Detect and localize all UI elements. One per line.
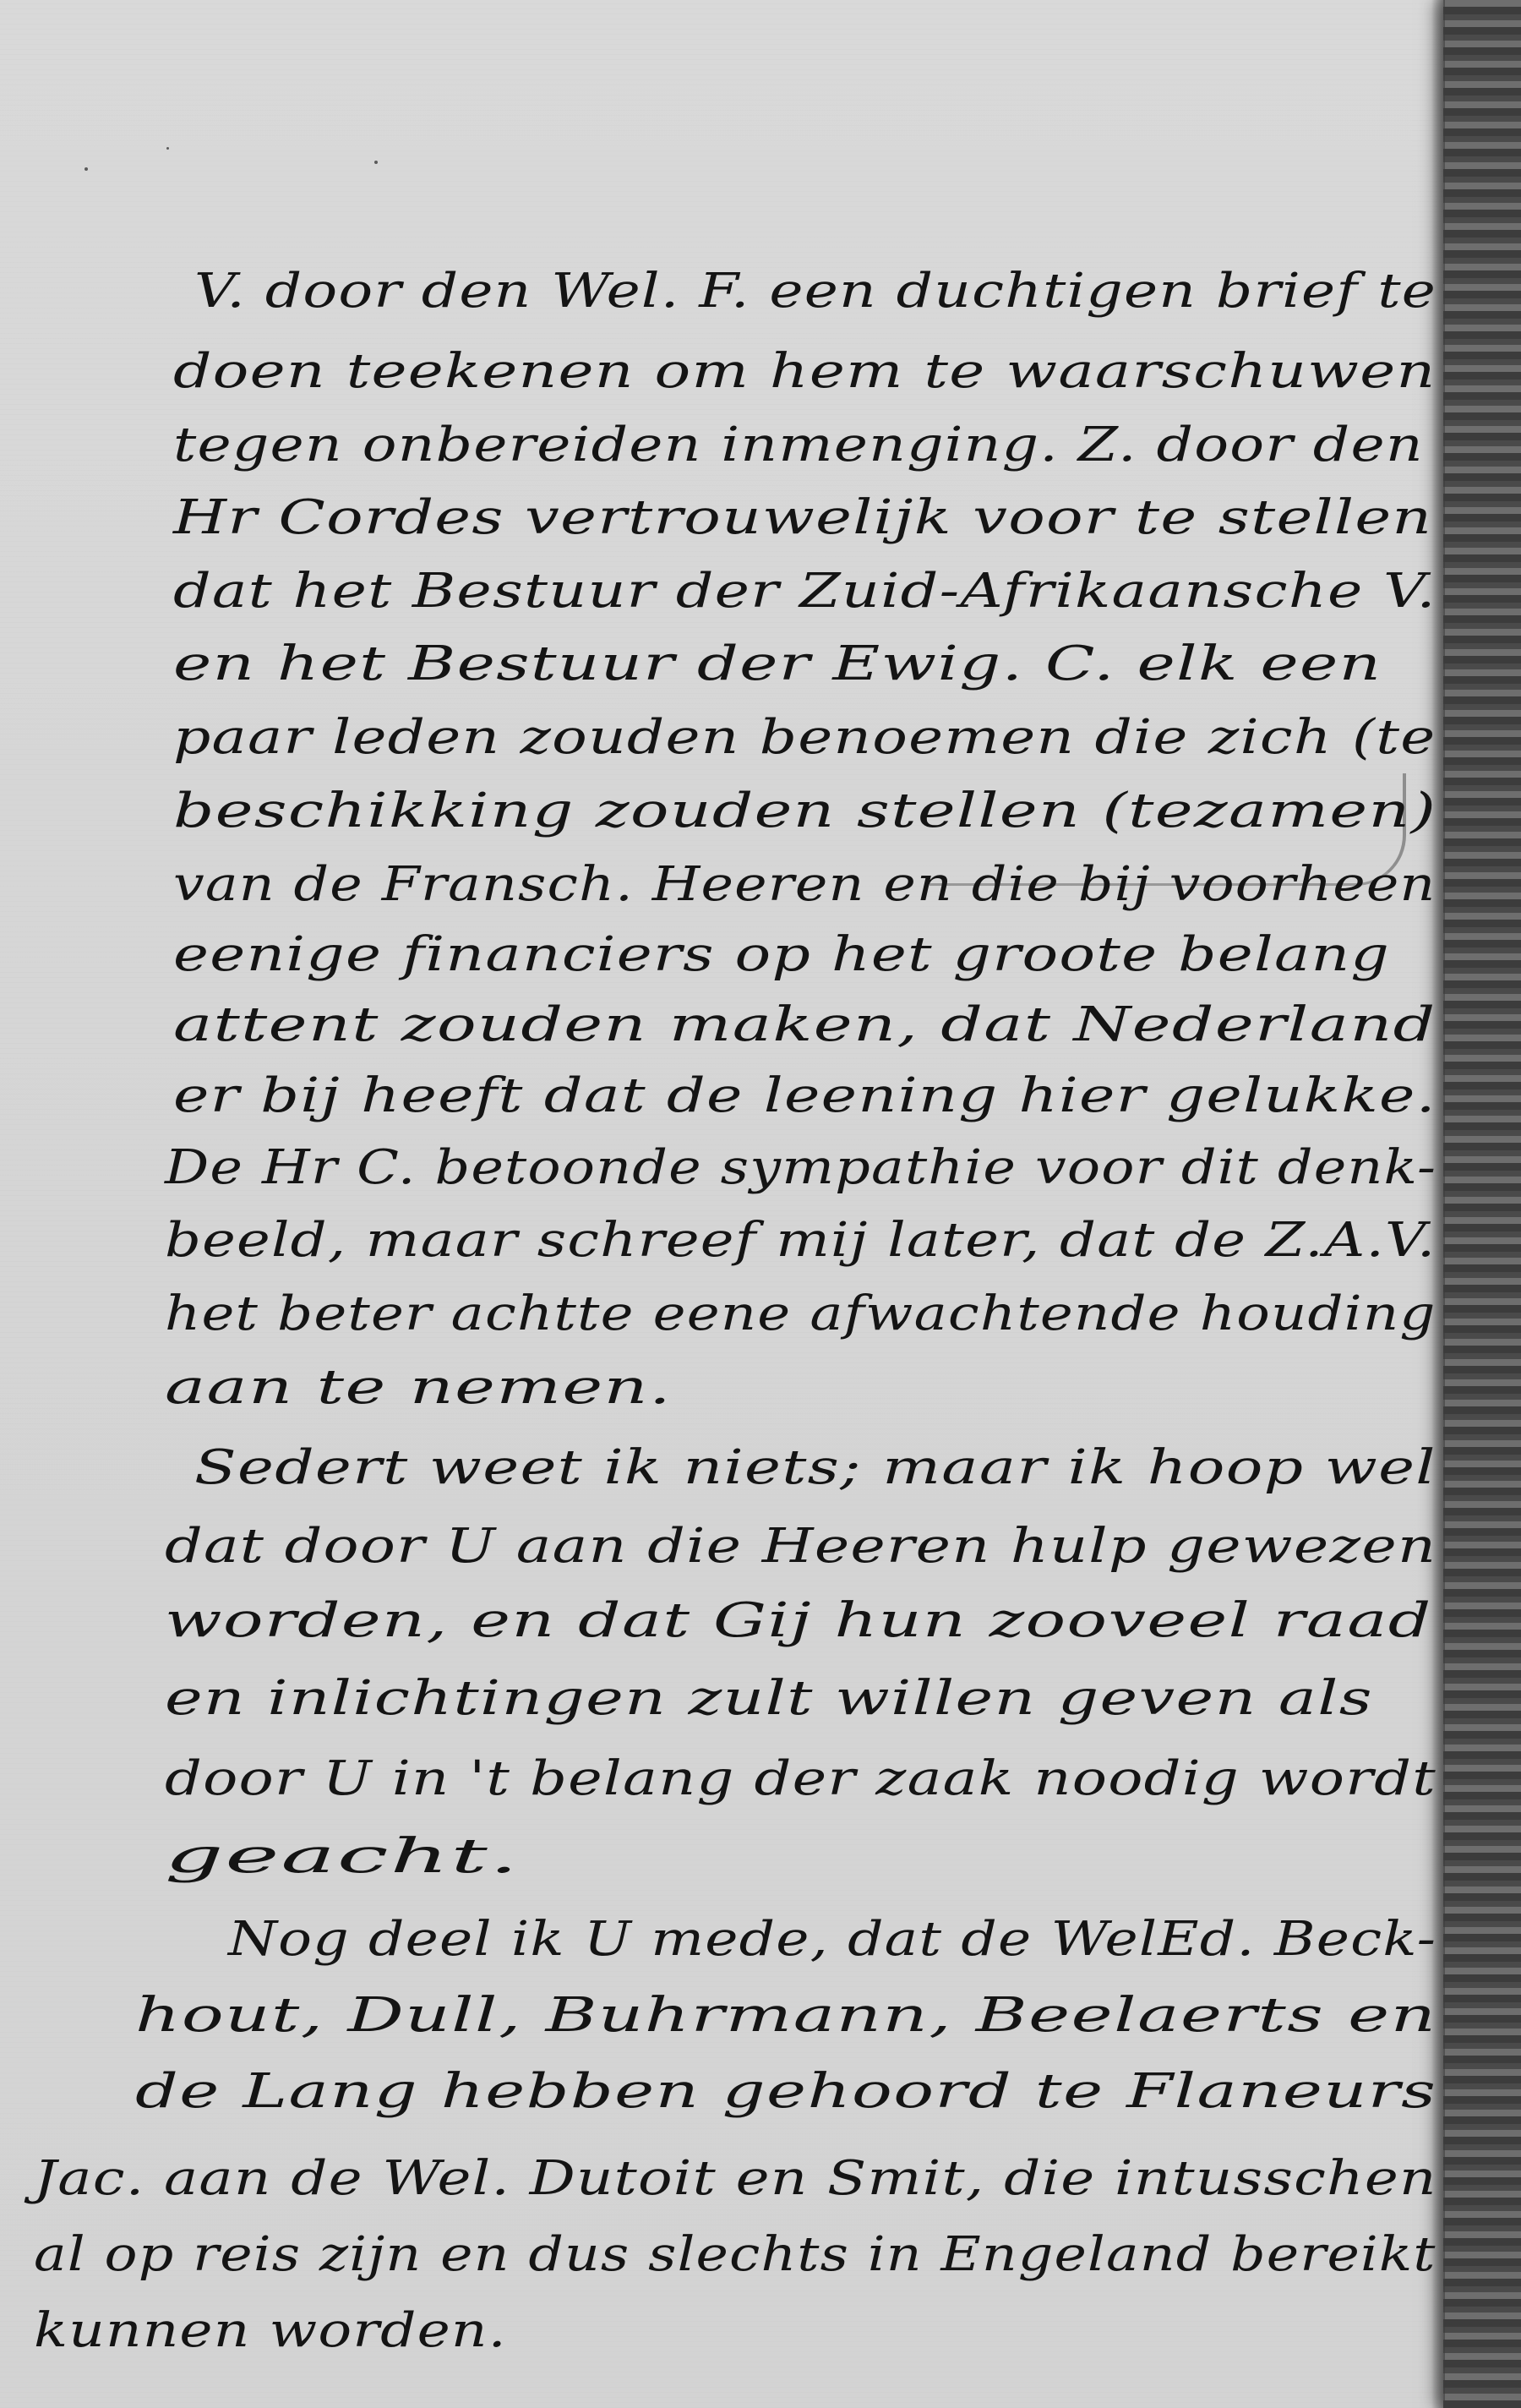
- handwritten-line: en inlichtingen zult willen geven als: [165, 1675, 1373, 1723]
- handwritten-line: dat het Bestuur der Zuid-Afrikaansche V.: [173, 568, 1436, 615]
- handwritten-line: Jac. aan de Wel. Dutoit en Smit, die int…: [34, 2155, 1437, 2203]
- handwritten-line: al op reis zijn en dus slechts in Engela…: [34, 2231, 1436, 2279]
- handwritten-line: beschikking zouden stellen (tezamen): [173, 788, 1436, 835]
- handwritten-line: dat door U aan die Heeren hulp gewezen: [165, 1523, 1436, 1570]
- handwritten-line: attent zouden maken, dat Nederland: [173, 1002, 1436, 1049]
- handwritten-line: doen teekenen om hem te waarschuwen: [173, 348, 1436, 396]
- handwritten-line: V. door den Wel. F. een duchtigen brief …: [194, 268, 1436, 315]
- handwritten-line: eenige financiers op het groote belang: [173, 931, 1390, 979]
- handwritten-line: Hr Cordes vertrouwelijk voor te stellen: [173, 494, 1432, 542]
- handwritten-line: geacht.: [165, 1833, 520, 1881]
- scanned-letter-page: V. door den Wel. F. een duchtigen brief …: [0, 0, 1447, 2408]
- handwritten-line: door U in 't belang der zaak noodig word…: [165, 1755, 1436, 1803]
- handwritten-line: kunnen worden.: [34, 2307, 507, 2355]
- handwritten-line: Sedert weet ik niets; maar ik hoop wel: [194, 1444, 1436, 1492]
- handwritten-line: De Hr C. betoonde sympathie voor dit den…: [165, 1144, 1436, 1192]
- handwritten-line: hout, Dull, Buhrmann, Beelaerts en: [135, 1992, 1436, 2039]
- handwritten-line: de Lang hebben gehoord te Flaneurs: [135, 2068, 1436, 2116]
- handwritten-line: beeld, maar schreef mij later, dat de Z.…: [165, 1217, 1436, 1264]
- handwritten-line: Nog deel ik U mede, dat de WelEd. Beck-: [228, 1916, 1436, 1963]
- handwritten-line: van de Fransch. Heeren en die bij voorhe…: [173, 861, 1436, 909]
- handwritten-line: aan te nemen.: [165, 1364, 672, 1411]
- handwritten-line: tegen onbereiden inmenging. Z. door den: [173, 422, 1424, 469]
- handwritten-line: er bij heeft dat de leening hier gelukke…: [173, 1073, 1436, 1120]
- handwritten-line: en het Bestuur der Ewig. C. elk een: [173, 641, 1382, 688]
- handwritten-line: paar leden zouden benoemen die zich (te: [173, 714, 1436, 762]
- handwritten-line: het beter achtte eene afwachtende houdin…: [165, 1291, 1436, 1338]
- book-binding-edge: [1443, 0, 1521, 2408]
- handwritten-line: worden, en dat Gij hun zooveel raad: [165, 1597, 1432, 1645]
- handwritten-body: V. door den Wel. F. een duchtigen brief …: [0, 0, 1447, 2408]
